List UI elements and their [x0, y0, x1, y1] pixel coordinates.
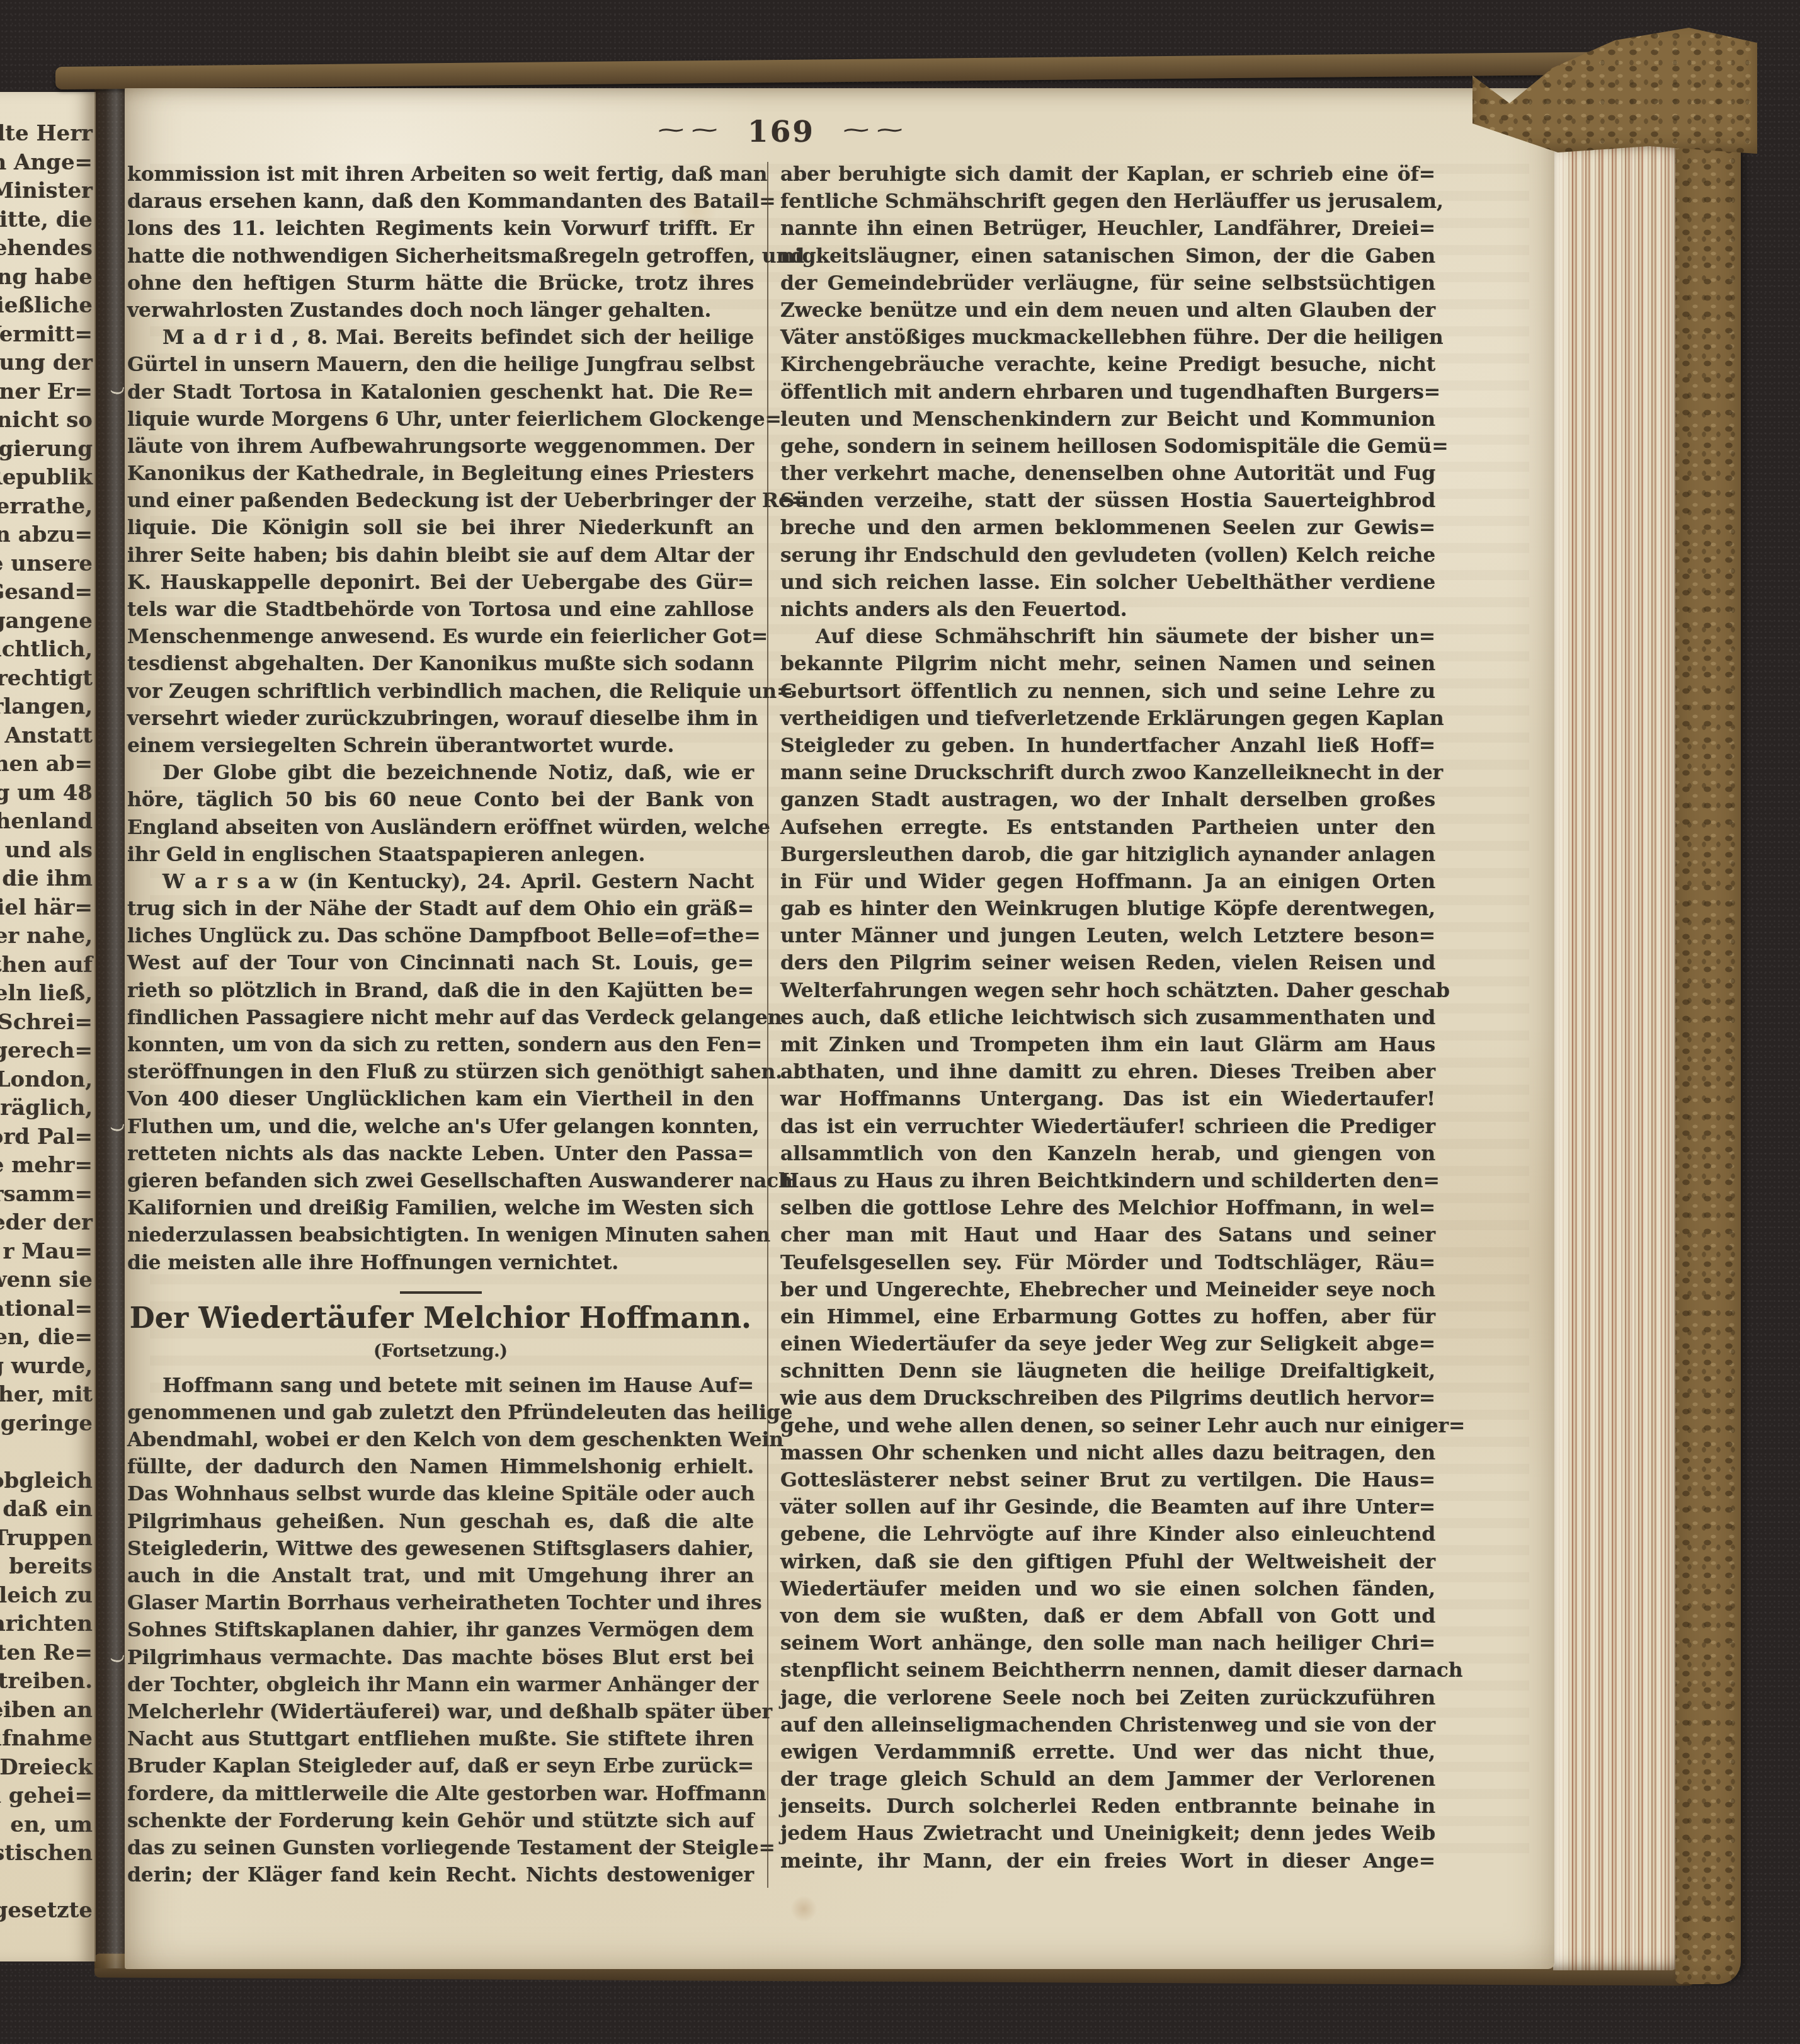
text-line: der Stadt Tortosa in Katalonien geschenk…: [127, 379, 754, 406]
text-line: nigkeitsläugner, einen satanischen Simon…: [780, 243, 1435, 270]
text-line: ein Himmel, eine Erbarmung Gottes zu hof…: [780, 1303, 1435, 1330]
text-line: West auf der Tour von Cincinnati nach St…: [127, 949, 754, 976]
fragment-text: he unsere: [0, 550, 93, 579]
text-line: cher man mit Haut und Haar des Satans un…: [780, 1221, 1435, 1248]
text-line: jenseits. Durch solcherlei Reden entbran…: [780, 1793, 1435, 1820]
fragment-text: llen, die=: [0, 1323, 93, 1352]
text-line: Gotteslästerer nebst seiner Brut zu vert…: [780, 1466, 1435, 1493]
text-line: väter sollen auf ihr Gesinde, die Beamte…: [780, 1493, 1435, 1521]
fragment-line: en, um: [0, 1811, 96, 1840]
page-header: ∼∼169∼∼: [127, 115, 1435, 147]
fragment-text: gegangene: [0, 607, 93, 636]
text-line: lons des 11. leichten Regiments kein Vor…: [127, 215, 754, 242]
fragment-text: Athen auf: [0, 951, 93, 980]
text-line: liquie wurde Morgens 6 Uhr, unter feierl…: [127, 406, 754, 433]
text-line: Gürtel in unsern Mauern, den die heilige…: [127, 351, 754, 378]
text-line: retteten nichts als das nackte Leben. Un…: [127, 1140, 754, 1167]
fragment-text: Anstatt: [5, 722, 93, 751]
fragment-text: Hitte, die: [0, 206, 93, 235]
text-line: W a r s a w (in Kentucky), 24. April. Ge…: [127, 868, 754, 895]
text-line: nichts anders als den Feuertod.: [780, 596, 1435, 623]
text-line: Kirchengebräuche verachte, keine Predigt…: [780, 351, 1435, 378]
fragment-line: n gehei=: [0, 1782, 96, 1811]
fragment-line: ord Pal=: [0, 1123, 96, 1152]
text-line: Kanonikus der Kathedrale, in Begleitung …: [127, 460, 754, 487]
book-fore-edge-pages: [1553, 144, 1680, 1970]
text-line: der trage gleich Schuld an dem Jammer de…: [780, 1766, 1435, 1793]
fragment-line: obgleich: [0, 1467, 96, 1496]
paragraph: W a r s a w (in Kentucky), 24. April. Ge…: [127, 868, 754, 1276]
text-line: verwahrlosten Zustandes doch noch länger…: [127, 297, 754, 324]
fragment-line: Regierung: [0, 435, 96, 464]
fragment-line: r Minister: [0, 177, 96, 206]
fragment-line: deln ließ,: [0, 979, 96, 1008]
fragment-line: Anstatt: [0, 722, 96, 751]
fragment-line: ufnahme: [0, 1725, 96, 1754]
text-line: liquie. Die Königin soll sie bei ihrer N…: [127, 514, 754, 541]
text-line: das zu seinen Gunsten vorliegende Testam…: [127, 1834, 754, 1861]
text-line: Melcherlehr (Widertäuferei) war, und deß…: [127, 1698, 754, 1725]
fragment-text: rgesetzte: [0, 1897, 93, 1926]
text-line: der Tochter, obgleich ihr Mann ein warme…: [127, 1671, 754, 1698]
text-line: seinem Wort anhänge, den solle man nach …: [780, 1630, 1435, 1657]
text-line: öffentlich mit andern ehrbaren und tugen…: [780, 379, 1435, 406]
text-line: Fluthen um, und die, welche an's Ufer ge…: [127, 1113, 754, 1140]
text-line: ewigen Verdammniß errette. Und wer das n…: [780, 1739, 1435, 1766]
text-line: Geburtsort öffentlich zu nennen, sich un…: [780, 678, 1435, 705]
fragment-text: echenland: [0, 808, 93, 836]
text-line: Wiedertäufer meiden und wo sie einen sol…: [780, 1575, 1435, 1602]
text-line: meinte, ihr Mann, der ein freies Wort in…: [780, 1847, 1435, 1875]
text-line: auch in die Anstalt trat, und mit Umgehu…: [127, 1562, 754, 1589]
text-line: selben die gottlose Lehre des Melchior H…: [780, 1194, 1435, 1221]
fragment-line: Republik: [0, 464, 96, 493]
text-line: derin; der Kläger fand kein Recht. Nicht…: [127, 1861, 754, 1888]
paragraph: kommission ist mit ihren Arbeiten so wei…: [127, 161, 754, 324]
text-line: ders den Pilgrim seiner weisen Reden, vi…: [780, 949, 1435, 976]
text-line: gebene, die Lehrvögte auf ihre Kinder al…: [780, 1521, 1435, 1548]
fragment-line: s Schrei=: [0, 1008, 96, 1037]
fragment-text: chrichten: [0, 1610, 93, 1639]
text-line: tels war die Stadtbehörde von Tortosa un…: [127, 596, 754, 623]
fragment-text: tte mehr=: [0, 1151, 93, 1180]
text-line: Teufelsgesellen sey. Für Mörder und Todt…: [780, 1249, 1435, 1276]
fragment-text: listischen: [0, 1839, 93, 1868]
fragment-text: r Minister: [0, 177, 93, 206]
fragment-text: r gerech=: [0, 1037, 93, 1066]
text-line: wirken, daß sie den giftigen Pfuhl der W…: [780, 1548, 1435, 1575]
fragment-text: die ihm: [2, 865, 93, 894]
fragment-line: daß ein: [0, 1495, 96, 1524]
fragment-text: her nahe,: [0, 922, 93, 951]
fragment-text: erlangen,: [0, 693, 93, 722]
fragment-line: g wurde,: [0, 1352, 96, 1381]
fragment-line: Hitte, die: [0, 206, 96, 235]
text-line: Kalifornien und dreißig Familien, welche…: [127, 1194, 754, 1221]
fragment-text: Athen ab=: [0, 750, 93, 779]
fragment-text: bereits: [9, 1553, 93, 1582]
fragment-line: her nahe,: [0, 922, 96, 951]
fragment-text: und als: [5, 836, 93, 865]
text-line: gab es hinter den Weinkrugen blutige Köp…: [780, 895, 1435, 922]
fragment-text: Truppen: [0, 1524, 93, 1553]
text-line: ohne den heftigen Sturm hätte die Brücke…: [127, 270, 754, 297]
fragment-line: bereits: [0, 1553, 96, 1582]
header-ornament-right: ∼∼: [840, 120, 908, 141]
fragment-text: ersamm=: [0, 1180, 93, 1209]
text-line: K. Hauskappelle deponirt. Bei der Ueberg…: [127, 569, 754, 596]
fragment-line: n Gesand=: [0, 578, 96, 607]
fragment-line: echenland: [0, 808, 96, 836]
text-line: Burgersleuthen darob, die gar hitziglich…: [780, 841, 1435, 868]
text-line: und einer paßenden Bedeckung ist der Ueb…: [127, 487, 754, 514]
fragment-line: erdrießliche: [0, 292, 96, 321]
text-line: Nacht aus Stuttgart entfliehen mußte. Si…: [127, 1725, 754, 1752]
fragment-line: t geringe: [0, 1410, 96, 1439]
text-line: Von 400 dieser Unglücklichen kam ein Vie…: [127, 1085, 754, 1112]
article-heading: Der Wiedertäufer Melchior Hoffmann.: [127, 1300, 754, 1335]
text-line: kommission ist mit ihren Arbeiten so wei…: [127, 161, 754, 188]
fragment-line: ig um 48: [0, 779, 96, 808]
text-line: Zwecke benütze und ein dem neuen und alt…: [780, 297, 1435, 324]
fragment-line: die ihm: [0, 865, 96, 894]
text-line: niederzulassen beabsichtigten. In wenige…: [127, 1221, 754, 1248]
text-line: Steiglederin, Wittwe des gewesenen Stift…: [127, 1535, 754, 1562]
fragment-line: National=: [0, 1295, 96, 1324]
header-ornament-left: ∼∼: [655, 120, 722, 141]
fragment-text: n gehei=: [0, 1782, 93, 1811]
text-line: auf den alleinseligmachenden Christenweg…: [780, 1711, 1435, 1739]
text-line: Haus zu Haus zu ihren Beichtkindern und …: [780, 1167, 1435, 1194]
fragment-line: rträglich,: [0, 1094, 96, 1123]
fragment-text: eiben an: [0, 1696, 93, 1725]
book-cover-right-edge: [1675, 126, 1741, 1984]
text-line: wie aus dem Druckschreiben des Pilgrims …: [780, 1385, 1435, 1412]
text-line: massen Ohr schenken und nicht alles dazu…: [780, 1439, 1435, 1466]
text-line: allsammtlich von den Kanzeln herab, und …: [780, 1140, 1435, 1167]
fragment-text: obgleich: [0, 1467, 93, 1496]
fragment-line: berechtigt: [0, 665, 96, 694]
text-line: einem versiegelten Schrein überantwortet…: [127, 732, 754, 759]
fragment-text: ieder der: [0, 1209, 93, 1238]
text-line: einen Wiedertäufer da seye jeder Weg zur…: [780, 1330, 1435, 1357]
text-line: ther verkehrt mache, denenselben ohne Au…: [780, 460, 1435, 487]
paragraph: Der Globe gibt die bezeichnende Notiz, d…: [127, 759, 754, 868]
fragment-line: erung der: [0, 349, 96, 378]
text-line: in Für und Wider gegen Hoffmann. Ja an e…: [780, 868, 1435, 895]
text-line: fentliche Schmähschrift gegen den Herläu…: [780, 188, 1435, 215]
text-line: Steigleder zu geben. In hundertfacher An…: [780, 732, 1435, 759]
fragment-text: Republik: [0, 464, 93, 493]
fragment-line: Truppen: [0, 1524, 96, 1553]
text-line: Der Globe gibt die bezeichnende Notiz, d…: [127, 759, 754, 786]
text-line: ihr Geld in englischen Staatspapieren an…: [127, 841, 754, 868]
text-line: versehrt wieder zurückzubringen, worauf …: [127, 705, 754, 732]
fragment-text: rtreiben.: [0, 1667, 93, 1696]
text-line: war Hoffmanns Untergang. Das ist ein Wie…: [780, 1085, 1435, 1112]
photo-of-open-book: wollte Herrhen Ange=r MinisterHitte, die…: [0, 0, 1800, 2044]
text-line: Auf diese Schmähschrift hin säumete der …: [780, 623, 1435, 650]
text-line: und sich reichen lasse. Ein solcher Uebe…: [780, 569, 1435, 596]
text-line: Glaser Martin Borrhaus verheiratheten To…: [127, 1589, 754, 1616]
fragment-line: Dreieck: [0, 1754, 96, 1783]
fragment-line: h nicht so: [0, 406, 96, 435]
fragment-text: n Gesand=: [0, 578, 93, 607]
text-line: unter Männer und jungen Leuten, welch Le…: [780, 922, 1435, 949]
text-line: ihrer Seite haben; bis dahin bleibt sie …: [127, 542, 754, 569]
column-divider-rule: [767, 162, 768, 1888]
text-line: Das Wohnhaus selbst wurde das kleine Spi…: [127, 1480, 754, 1507]
fragment-line: erlangen,: [0, 693, 96, 722]
text-line: füllte, der dadurch den Namen Himmelshon…: [127, 1453, 754, 1480]
fragment-text: r Mau=: [3, 1238, 93, 1267]
fragment-line: ersamm=: [0, 1180, 96, 1209]
fragment-line: Athen auf: [0, 951, 96, 980]
fragment-text: chstehendes: [0, 234, 93, 263]
text-line: schnitten Denn sie läugneten die heilige…: [780, 1357, 1435, 1385]
fragment-text: Dreieck: [0, 1754, 93, 1783]
text-line: mann seine Druckschrift durch zwoo Kanze…: [780, 759, 1435, 786]
fragment-text: t geringe: [0, 1410, 93, 1439]
fragment-line: isterrathe,: [0, 493, 96, 522]
article-subheading: (Fortsetzung.): [127, 1339, 754, 1364]
fragment-text: hen Ange=: [0, 149, 93, 178]
fragment-text: deln ließ,: [0, 979, 93, 1008]
fragment-text: National=: [0, 1295, 93, 1324]
fragment-line: he unsere: [0, 550, 96, 579]
text-line: Abendmahl, wobei er den Kelch von dem ge…: [127, 1426, 754, 1453]
fragment-line: wenn sie: [0, 1266, 96, 1295]
fragment-text: h nicht so: [0, 406, 93, 435]
text-line: schenkte der Forderung kein Gehör und st…: [127, 1807, 754, 1834]
text-line: leuten und Menschenkindern zur Beicht un…: [780, 406, 1435, 433]
fragment-text: erung der: [0, 349, 93, 378]
fragment-text: daß ein: [3, 1495, 93, 1524]
fragment-text: her, mit: [0, 1381, 93, 1410]
text-line: Väter anstößiges muckmackellebhen führe.…: [780, 324, 1435, 351]
fragment-line: ieder der: [0, 1209, 96, 1238]
fragment-line: hen Ange=: [0, 149, 96, 178]
text-line: daraus ersehen kann, daß den Kommandante…: [127, 188, 754, 215]
fragment-text: tzung habe: [0, 263, 93, 292]
fragment-line: viel här=: [0, 894, 96, 923]
text-line: aber beruhigte sich damit der Kaplan, er…: [780, 161, 1435, 188]
paragraph: Auf diese Schmähschrift hin säumete der …: [780, 623, 1435, 1875]
fragment-line: tzung habe: [0, 263, 96, 292]
text-line: serung ihr Endschuld den gevludeten (vol…: [780, 542, 1435, 569]
text-line: Pilgrimhaus geheißen. Nun geschah es, da…: [127, 1508, 754, 1535]
text-line: gehe, sondern in seinem heillosen Sodomi…: [780, 433, 1435, 460]
fragment-line: gleich zu: [0, 1582, 96, 1611]
fragment-line: r gerech=: [0, 1037, 96, 1066]
text-line: ber und Ungerechte, Ehebrecher und Meine…: [780, 1276, 1435, 1303]
fragment-line: einer Er=: [0, 378, 96, 407]
fragment-line: don abzu=: [0, 521, 96, 550]
text-line: hatte die nothwendigen Sicherheitsmaßreg…: [127, 243, 754, 270]
fragment-text: en, um: [10, 1811, 93, 1840]
text-line: die meisten alle ihre Hoffnungen vernich…: [127, 1249, 754, 1276]
fragment-line: rtreiben.: [0, 1667, 96, 1696]
fragment-line: London,: [0, 1066, 96, 1095]
text-line: abthaten, und ihne damitt zu ehren. Dies…: [780, 1058, 1435, 1085]
text-line: findlichen Passagiere nicht mehr auf das…: [127, 1004, 754, 1031]
fragment-line: rgesetzte: [0, 1897, 96, 1926]
fragment-text: einer Er=: [0, 378, 93, 407]
fragment-text: isterrathe,: [0, 493, 93, 522]
fragment-line: ersichtlich,: [0, 636, 96, 665]
fragment-text: wenn sie: [0, 1266, 93, 1295]
text-line: der Gemeindebrüder verläugne, für seine …: [780, 270, 1435, 297]
text-line: trug sich in der Nähe der Stadt auf dem …: [127, 895, 754, 922]
paragraph: aber beruhigte sich damit der Kaplan, er…: [780, 161, 1435, 623]
text-line: rieth so plötzlich in Brand, daß die in …: [127, 977, 754, 1004]
text-line: M a d r i d , 8. Mai. Bereits befindet s…: [127, 324, 754, 351]
text-line: mit Zinken und Trompeten ihm ein laut Gl…: [780, 1031, 1435, 1058]
text-line: von dem sie wußten, daß er dem Abfall vo…: [780, 1602, 1435, 1630]
text-line: gieren befanden sich zwei Gesellschaften…: [127, 1167, 754, 1194]
fragment-line: wollte Herr: [0, 120, 96, 149]
right-column: aber beruhigte sich damit der Kaplan, er…: [780, 161, 1435, 1888]
text-line: Bruder Kaplan Steigleder auf, daß er sey…: [127, 1752, 754, 1779]
text-line: Sünden verzeihe, statt der süssen Hostia…: [780, 487, 1435, 514]
text-line: gehe, und wehe allen denen, so seiner Le…: [780, 1412, 1435, 1439]
text-line: genommenen und gab zuletzt den Pfründele…: [127, 1399, 754, 1426]
text-line: Sohnes Stiftskaplanen dahier, ihr ganzes…: [127, 1616, 754, 1643]
fragment-line: r Vermitt=: [0, 321, 96, 350]
text-columns: kommission ist mit ihren Arbeiten so wei…: [127, 161, 1435, 1888]
fragment-text: ufnahme: [0, 1725, 93, 1754]
text-line: Aufsehen erregte. Es entstanden Partheie…: [780, 814, 1435, 841]
fragment-line: gten Re=: [0, 1639, 96, 1668]
fragment-line: und als: [0, 836, 96, 865]
paragraph: M a d r i d , 8. Mai. Bereits befindet s…: [127, 324, 754, 759]
text-line: Menschenmenge anwesend. Es wurde ein fei…: [127, 623, 754, 650]
book-page-169: ∼∼169∼∼ kommission ist mit ihren Arbeite…: [125, 88, 1554, 1969]
text-line: stenpflicht seinem Beichtherrn nennen, d…: [780, 1657, 1435, 1684]
left-column: kommission ist mit ihren Arbeiten so wei…: [127, 161, 754, 1888]
fragment-text: ersichtlich,: [0, 636, 93, 665]
fragment-line: chrichten: [0, 1610, 96, 1639]
book-gutter: [94, 88, 127, 1968]
fragment-line: r Mau=: [0, 1238, 96, 1267]
text-line: fordere, da mittlerweile die Alte gestor…: [127, 1780, 754, 1807]
text-line: Pilgrimhaus vermachte. Das machte böses …: [127, 1644, 754, 1671]
text-line: liches Unglück zu. Das schöne Dampfboot …: [127, 922, 754, 949]
text-line: tesdienst abgehalten. Der Kanonikus mußt…: [127, 650, 754, 677]
text-line: es auch, daß etliche leichtwisch sich zu…: [780, 1004, 1435, 1031]
page-content: ∼∼169∼∼ kommission ist mit ihren Arbeite…: [127, 88, 1435, 1888]
text-line: läute von ihrem Aufbewahrungsorte weggen…: [127, 433, 754, 460]
text-line: jedem Haus Zwietracht und Uneinigkeit; d…: [780, 1820, 1435, 1847]
fragment-line: tte mehr=: [0, 1151, 96, 1180]
paragraph: Hoffmann sang und betete mit seinen im H…: [127, 1372, 754, 1889]
text-line: vor Zeugen schriftlich verbindlich mache…: [127, 678, 754, 705]
fragment-line: Athen ab=: [0, 750, 96, 779]
fragment-line: eiben an: [0, 1696, 96, 1725]
fragment-text: r Vermitt=: [0, 321, 93, 350]
fragment-text: wollte Herr: [0, 120, 93, 149]
fragment-text: ig um 48: [0, 779, 93, 808]
fragment-text: Regierung: [0, 435, 93, 464]
fragment-text: s Schrei=: [0, 1008, 93, 1037]
page-number: 169: [748, 115, 815, 149]
fragment-text: berechtigt: [0, 665, 93, 694]
text-line: das ist ein verruchter Wiedertäufer! sch…: [780, 1113, 1435, 1140]
text-line: konnten, um von da sich zu retten, sonde…: [127, 1031, 754, 1058]
fragment-line: [0, 1868, 96, 1897]
fragment-text: London,: [0, 1066, 93, 1095]
text-line: England abseiten von Ausländern eröffnet…: [127, 814, 754, 841]
text-line: Hoffmann sang und betete mit seinen im H…: [127, 1372, 754, 1399]
fragment-line: chstehendes: [0, 234, 96, 263]
fragment-text: rträglich,: [0, 1094, 93, 1123]
fragment-text: don abzu=: [0, 521, 93, 550]
facing-page-sliver: wollte Herrhen Ange=r MinisterHitte, die…: [0, 92, 96, 1961]
fragment-line: [0, 1438, 96, 1467]
fragment-text: erdrießliche: [0, 292, 93, 321]
fragment-line: llen, die=: [0, 1323, 96, 1352]
fragment-text: gleich zu: [0, 1582, 93, 1611]
fragment-text: gten Re=: [0, 1639, 93, 1668]
text-line: ganzen Stadt austragen, wo der Inhalt de…: [780, 786, 1435, 813]
fragment-text: g wurde,: [0, 1352, 93, 1381]
fragment-line: listischen: [0, 1839, 96, 1868]
fragment-text: ord Pal=: [0, 1123, 93, 1152]
section-divider-rule: [400, 1291, 482, 1294]
fragment-line: her, mit: [0, 1381, 96, 1410]
text-line: jage, die verlorene Seele noch bei Zeite…: [780, 1684, 1435, 1711]
text-line: Welterfahrungen wegen sehr hoch schätzte…: [780, 977, 1435, 1004]
text-line: bekannte Pilgrim nicht mehr, seinen Name…: [780, 650, 1435, 677]
text-line: breche und den armen beklommenen Seelen …: [780, 514, 1435, 541]
text-line: höre, täglich 50 bis 60 neue Conto bei d…: [127, 786, 754, 813]
text-line: nannte ihn einen Betrüger, Heuchler, Lan…: [780, 215, 1435, 242]
fragment-line: gegangene: [0, 607, 96, 636]
text-line: vertheidigen und tiefverletzende Erkläru…: [780, 705, 1435, 732]
text-line: steröffnungen in den Fluß zu stürzen sic…: [127, 1058, 754, 1085]
fragment-text: viel här=: [0, 894, 93, 923]
